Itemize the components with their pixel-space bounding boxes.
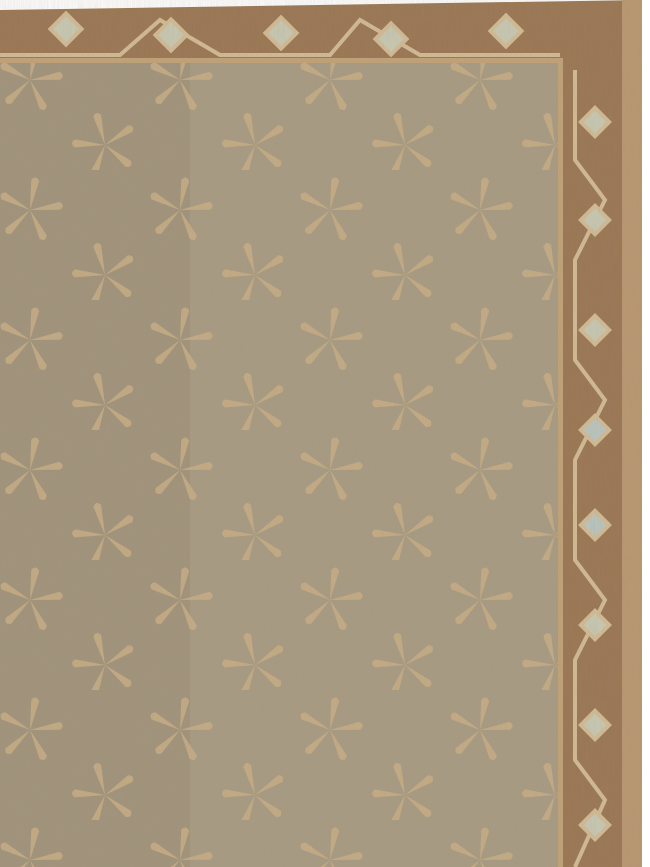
grain-texture [0,0,642,867]
rug-photo [0,0,650,867]
